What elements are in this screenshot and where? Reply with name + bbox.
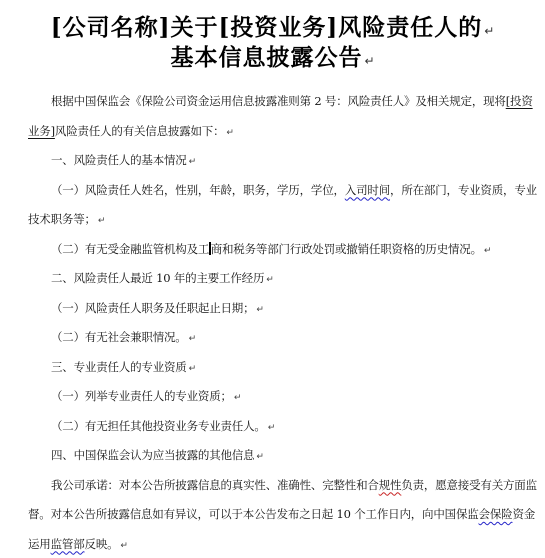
text-line: （二）有无社会兼职情况。↵	[28, 323, 521, 353]
paragraph-mark-icon: ↵	[256, 452, 264, 462]
text-line: （二）有无受金融监管机构及工商和税务等部门行政处罚或撤销任职资格的历史情况。↵	[28, 235, 521, 265]
text-segment: 督。对本公告所披露信息如有异议，可以于本公告发布之日起 10 个工作日内，向中国…	[28, 507, 479, 521]
text-segment: 四、中国保监会认为应当披露的其他信息	[51, 448, 254, 462]
text-line: 三、专业责任人的专业资质↵	[28, 353, 521, 383]
text-segment: 基本信息披露公告	[170, 44, 362, 71]
paragraph-mark-icon: ↵	[120, 541, 128, 551]
text-line: （一）风险责任人姓名，性别，年龄，职务，学历，学位，入司时间，所在部门，专业资质…	[28, 176, 521, 206]
text-segment: 风险责任人的有关信息披露如下：	[55, 124, 225, 138]
text-line: 运用监管部反映。↵	[28, 530, 521, 558]
text-segment: （二）有无担任其他投资业务专业责任人。	[51, 419, 266, 433]
text-segment: 反映。	[85, 537, 119, 551]
text-line: 我公司承诺：对本公告所披露信息的真实性、准确性、完整性和合规性负责，愿意接受有关…	[28, 471, 521, 501]
text-segment: 商和税务等部门行政处罚或撤销任职资格的历史情况。	[211, 242, 482, 256]
document-body: 根据中国保监会《保险公司资金运用信息披露准则第 2 号：风险责任人》及相关规定，…	[0, 87, 545, 558]
text-line: [公司名称]关于[投资业务]风险责任人的↵	[0, 13, 545, 43]
paragraph-mark-icon: ↵	[234, 393, 242, 403]
paragraph-mark-icon: ↵	[98, 216, 106, 226]
text-segment: （二）有无社会兼职情况。	[51, 330, 187, 344]
text-segment: （一）风险责任人职务及任职起止日期；	[51, 301, 254, 315]
text-line: 业务]风险责任人的有关信息披露如下：↵	[28, 117, 521, 147]
text-segment: 负责，愿意接受有关方面监	[401, 478, 537, 492]
paragraph-mark-icon: ↵	[256, 305, 264, 315]
paragraph-mark-icon: ↵	[266, 275, 274, 285]
text-segment: [公司名称]关于[投资业务]风险责任人的	[51, 14, 483, 41]
text-segment: 我公司承诺：对本公告所披露信息的真实性、准确性、完整性和合	[51, 478, 379, 492]
text-segment: 入司时间	[345, 183, 390, 197]
text-segment: 运用	[28, 537, 51, 551]
text-line: 技术职务等；↵	[28, 205, 521, 235]
paragraph-mark-icon: ↵	[268, 423, 276, 433]
text-segment: 二、风险责任人最近 10 年的主要工作经历	[51, 271, 264, 285]
text-segment: 根据中国保监会《保险公司资金运用信息披露准则第 2 号：风险责任人》及相关规定，…	[51, 94, 506, 108]
document-title: [公司名称]关于[投资业务]风险责任人的↵基本信息披露公告↵	[0, 0, 545, 73]
paragraph-mark-icon: ↵	[484, 24, 494, 38]
paragraph-mark-icon: ↵	[484, 246, 492, 256]
text-line: 一、风险责任人的基本情况↵	[28, 146, 521, 176]
document-page[interactable]: [公司名称]关于[投资业务]风险责任人的↵基本信息披露公告↵ 根据中国保监会《保…	[0, 0, 545, 558]
text-line: （二）有无担任其他投资业务专业责任人。↵	[28, 412, 521, 442]
text-line: 四、中国保监会认为应当披露的其他信息↵	[28, 441, 521, 471]
text-segment: （二）有无受金融监管机构及工	[51, 242, 209, 256]
text-line: 根据中国保监会《保险公司资金运用信息披露准则第 2 号：风险责任人》及相关规定，…	[28, 87, 521, 117]
text-segment: 规性	[379, 478, 402, 492]
text-line: 二、风险责任人最近 10 年的主要工作经历↵	[28, 264, 521, 294]
text-segment: [投资	[506, 94, 533, 108]
paragraph-mark-icon: ↵	[364, 54, 374, 68]
paragraph-mark-icon: ↵	[189, 334, 197, 344]
paragraph-mark-icon: ↵	[226, 128, 234, 138]
text-line: 基本信息披露公告↵	[0, 43, 545, 73]
paragraph-mark-icon: ↵	[189, 364, 197, 374]
text-segment: 资金	[512, 507, 535, 521]
text-segment: 会保险	[479, 507, 513, 521]
paragraph-mark-icon: ↵	[189, 157, 197, 167]
text-line: 督。对本公告所披露信息如有异议，可以于本公告发布之日起 10 个工作日内，向中国…	[28, 500, 521, 530]
text-segment: ，所在部门，专业资质，专业	[390, 183, 537, 197]
text-segment: 监管部	[51, 537, 85, 551]
text-segment: 业务]	[28, 124, 55, 138]
text-segment: 三、专业责任人的专业资质	[51, 360, 187, 374]
text-segment: 技术职务等；	[28, 212, 96, 226]
text-segment: （一）列举专业责任人的专业资质；	[51, 389, 232, 403]
text-segment: （一）风险责任人姓名，性别，年龄，职务，学历，学位，	[51, 183, 345, 197]
text-segment: 一、风险责任人的基本情况	[51, 153, 187, 167]
text-line: （一）风险责任人职务及任职起止日期；↵	[28, 294, 521, 324]
text-line: （一）列举专业责任人的专业资质；↵	[28, 382, 521, 412]
